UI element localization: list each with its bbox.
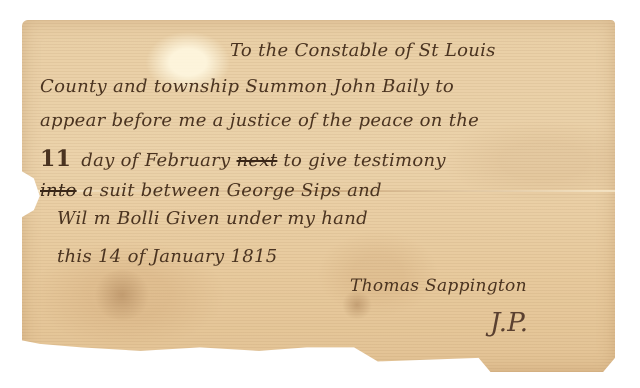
- text-fragment: a suit between George Sips and: [83, 180, 382, 201]
- signature: Thomas Sappington: [350, 278, 527, 295]
- document-stage: To the Constable of St Louis County and …: [0, 0, 640, 388]
- paper-stain: [92, 270, 152, 320]
- text-fragment: to give testimony: [283, 150, 446, 171]
- day-number: 11: [40, 146, 71, 172]
- salutation-line: To the Constable of St Louis: [230, 42, 496, 60]
- text-line-2: County and township Summon John Baily to: [40, 78, 454, 96]
- signature-initials: J.P.: [490, 310, 528, 336]
- text-line-5: into a suit between George Sips and: [40, 182, 382, 200]
- struck-word: next: [237, 150, 278, 171]
- text-line-6: Wil m Bolli Given under my hand: [57, 210, 368, 228]
- text-fragment: day of February: [81, 150, 230, 171]
- date-line: this 14 of January 1815: [57, 248, 277, 266]
- text-line-4: 11 day of February next to give testimon…: [40, 148, 446, 170]
- aged-paper-sheet: To the Constable of St Louis County and …: [22, 20, 615, 372]
- text-line-3: appear before me a justice of the peace …: [40, 112, 479, 130]
- struck-word: into: [40, 180, 77, 201]
